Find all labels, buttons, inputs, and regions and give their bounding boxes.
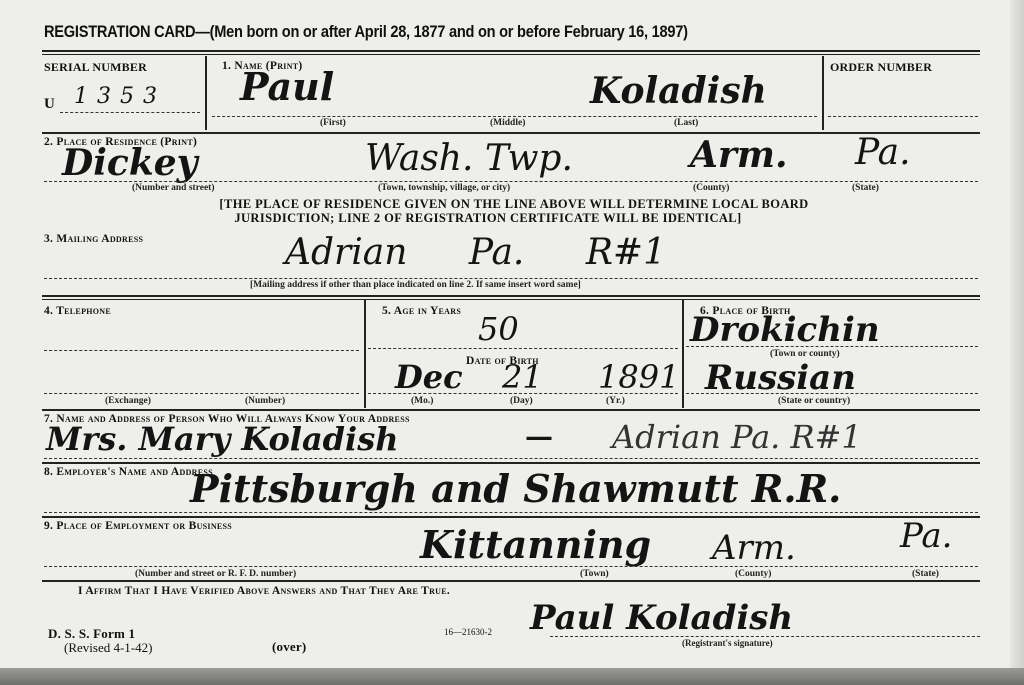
residence-town-value: Wash. Twp.	[365, 138, 573, 179]
divider	[205, 56, 207, 130]
middle-caption: (Middle)	[490, 118, 525, 128]
residence-street-value: Dickey	[62, 142, 198, 184]
employment-line	[44, 566, 978, 567]
residence-state-value: Pa.	[855, 132, 911, 173]
divider	[822, 56, 824, 130]
scan-edge-right	[1010, 0, 1024, 685]
divider	[682, 300, 684, 408]
state-caption: (State)	[852, 183, 879, 193]
mailing-address-value: Adrian Pa. R#1	[285, 232, 666, 273]
rule	[42, 462, 980, 464]
serial-number-label: SERIAL NUMBER	[44, 60, 147, 75]
jurisdiction-notice-1: [THE PLACE OF RESIDENCE GIVEN ON THE LIN…	[108, 197, 920, 211]
employer-line	[44, 512, 978, 513]
birth-country-caption: (State or country)	[778, 396, 850, 406]
birth-town-line	[686, 346, 978, 347]
telephone-label: 4. Telephone	[44, 305, 111, 317]
serial-line	[60, 112, 200, 113]
telephone-line-2	[44, 393, 359, 394]
town-caption: (Town, township, village, or city)	[378, 183, 510, 193]
employment-county-value: Arm.	[712, 528, 796, 568]
employment-county-caption: (County)	[735, 569, 771, 579]
employment-town-caption: (Town)	[580, 569, 609, 579]
age-label: 5. Age in Years	[382, 305, 461, 317]
top-rule	[42, 50, 980, 55]
mailing-caption: [Mailing address if other than place ind…	[250, 280, 581, 290]
first-name-value: Paul	[240, 64, 334, 109]
month-caption: (Mo.)	[411, 396, 433, 406]
rule	[42, 295, 980, 300]
age-line	[368, 348, 678, 349]
form-revised: (Revised 4-1-42)	[64, 640, 152, 656]
order-line	[828, 116, 978, 117]
exchange-caption: (Exchange)	[105, 396, 151, 406]
rule	[42, 580, 980, 582]
mailing-line	[44, 278, 978, 279]
rule	[42, 409, 980, 411]
rule	[42, 132, 980, 134]
registration-card: REGISTRATION CARD—(Men born on or after …	[0, 0, 1010, 668]
employer-label: 8. Employer's Name and Address	[44, 466, 213, 478]
print-code: 16—21630-2	[444, 627, 492, 637]
employment-street-caption: (Number and street or R. F. D. number)	[135, 569, 296, 579]
birth-country-line	[686, 393, 978, 394]
serial-prefix: U	[44, 96, 55, 113]
over-note: (over)	[272, 639, 306, 655]
signature-caption: (Registrant's signature)	[682, 638, 773, 648]
year-caption: (Yr.)	[606, 396, 625, 406]
dob-year-value: 1891	[598, 358, 679, 396]
scan-edge-bottom	[0, 668, 1024, 685]
divider	[364, 300, 366, 408]
street-caption: (Number and street)	[132, 183, 215, 193]
dob-day-value: 21	[502, 358, 543, 396]
employment-state-value: Pa.	[900, 516, 952, 556]
signature-line	[550, 636, 980, 637]
residence-line	[44, 181, 978, 182]
last-caption: (Last)	[674, 118, 698, 128]
number-caption: (Number)	[245, 396, 285, 406]
employment-state-caption: (State)	[912, 569, 939, 579]
contact-address-value: Adrian Pa. R#1	[612, 418, 862, 456]
age-value: 50	[478, 310, 519, 348]
county-caption: (County)	[693, 183, 729, 193]
birth-town-value: Drokichin	[690, 310, 880, 350]
first-caption: (First)	[320, 118, 346, 128]
rule	[42, 516, 980, 518]
signature-value: Paul Koladish	[530, 598, 793, 638]
last-name-value: Koladish	[590, 70, 767, 112]
telephone-line	[44, 350, 359, 351]
mailing-label: 3. Mailing Address	[44, 233, 143, 245]
contact-name-value: Mrs. Mary Koladish	[46, 420, 398, 458]
dob-month-value: Dec	[395, 358, 463, 396]
jurisdiction-notice-2: JURISDICTION; LINE 2 OF REGISTRATION CER…	[108, 211, 868, 225]
affirmation-text: I Affirm That I Have Verified Above Answ…	[78, 585, 450, 597]
employment-place-label: 9. Place of Employment or Business	[44, 520, 232, 532]
contact-dash: —	[525, 420, 553, 453]
dob-line	[368, 393, 678, 394]
residence-county-value: Arm.	[690, 134, 788, 176]
order-number-label: ORDER NUMBER	[830, 60, 932, 75]
serial-number-value: 1353	[74, 84, 166, 109]
birth-country-value: Russian	[705, 358, 856, 398]
name-line	[212, 116, 817, 117]
employer-value: Pittsburgh and Shawmutt R.R.	[190, 466, 841, 511]
employment-town-value: Kittanning	[420, 522, 651, 567]
contact-line	[44, 458, 978, 459]
day-caption: (Day)	[510, 396, 533, 406]
card-title: REGISTRATION CARD—(Men born on or after …	[44, 22, 688, 42]
